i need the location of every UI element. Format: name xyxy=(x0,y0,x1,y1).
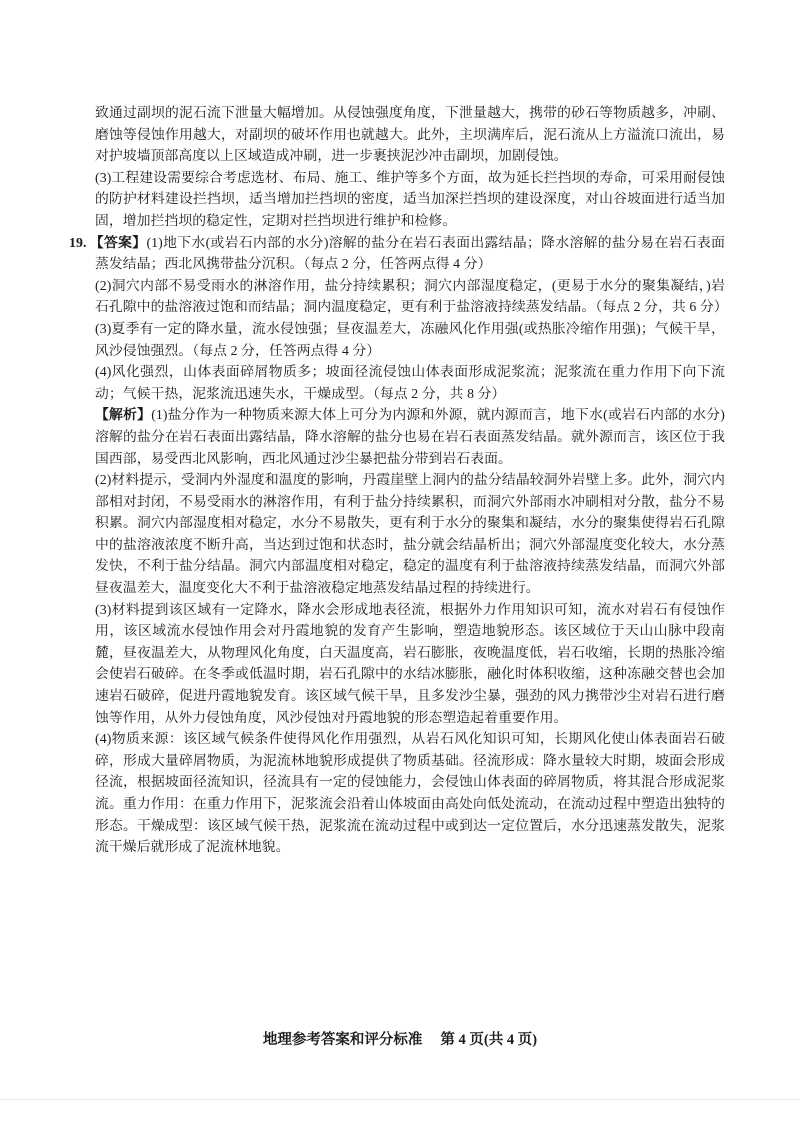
footer-page-number: 第 4 页(共 4 页) xyxy=(440,1028,537,1049)
footer-title: 地理参考答案和评分标准 xyxy=(263,1028,423,1049)
q19-analysis-point-1: 【解析】(1)盐分作为一种物质来源大体上可分为内源和外源，就内源而言，地下水(或… xyxy=(95,404,725,469)
question-number: 19. xyxy=(69,235,90,250)
q19-answer-point-1-text: (1)地下水(或岩石内部的水分)溶解的盐分在岩石表面出露结晶；降水溶解的盐分易在… xyxy=(95,235,725,272)
q19-answer-point-4: (4)风化强烈，山体表面碎屑物质多；坡面径流侵蚀山体表面形成泥浆流；泥浆流在重力… xyxy=(95,361,725,404)
q18-answer-point-3: (3)工程建设需要综合考虑选材、布局、施工、维护等多个方面，故为延长拦挡坝的寿命… xyxy=(95,167,725,232)
answer-sheet-page: 致通过副坝的泥石流下泄量大幅增加。从侵蚀强度角度，下泄量越大，携带的砂石等物质越… xyxy=(0,0,800,1131)
analysis-label: 【解析】 xyxy=(95,407,151,422)
q18-answer-continuation: 致通过副坝的泥石流下泄量大幅增加。从侵蚀强度角度，下泄量越大，携带的砂石等物质越… xyxy=(95,102,725,167)
page-footer: 地理参考答案和评分标准 第 4 页(共 4 页) xyxy=(0,1028,800,1049)
q19-analysis-point-4: (4)物质来源：该区域气候条件使得风化作用强烈，从岩石风化知识可知，长期风化使山… xyxy=(95,728,725,858)
q19-analysis-point-3: (3)材料提到该区域有一定降水，降水会形成地表径流，根据外力作用知识可知，流水对… xyxy=(95,599,725,729)
q19-analysis-point-1-text: (1)盐分作为一种物质来源大体上可分为内源和外源，就内源而言，地下水(或岩石内部… xyxy=(95,407,725,465)
q19-answer-point-1: 19.【答案】(1)地下水(或岩石内部的水分)溶解的盐分在岩石表面出露结晶；降水… xyxy=(95,232,725,275)
scan-edge-line xyxy=(0,1099,800,1100)
answer-text-block: 致通过副坝的泥石流下泄量大幅增加。从侵蚀强度角度，下泄量越大，携带的砂石等物质越… xyxy=(95,102,725,858)
q19-answer-point-2: (2)洞穴内部不易受雨水的淋溶作用，盐分持续累积；洞穴内部湿度稳定，(更易于水分… xyxy=(95,275,725,318)
answer-label: 【答案】 xyxy=(90,235,147,250)
q19-answer-point-3: (3)夏季有一定的降水量，流水侵蚀强；昼夜温差大，冻融风化作用强(或热胀冷缩作用… xyxy=(95,318,725,361)
q19-analysis-point-2: (2)材料提示，受洞内外湿度和温度的影响，丹霞崖壁上洞内的盐分结晶较洞外岩壁上多… xyxy=(95,469,725,599)
